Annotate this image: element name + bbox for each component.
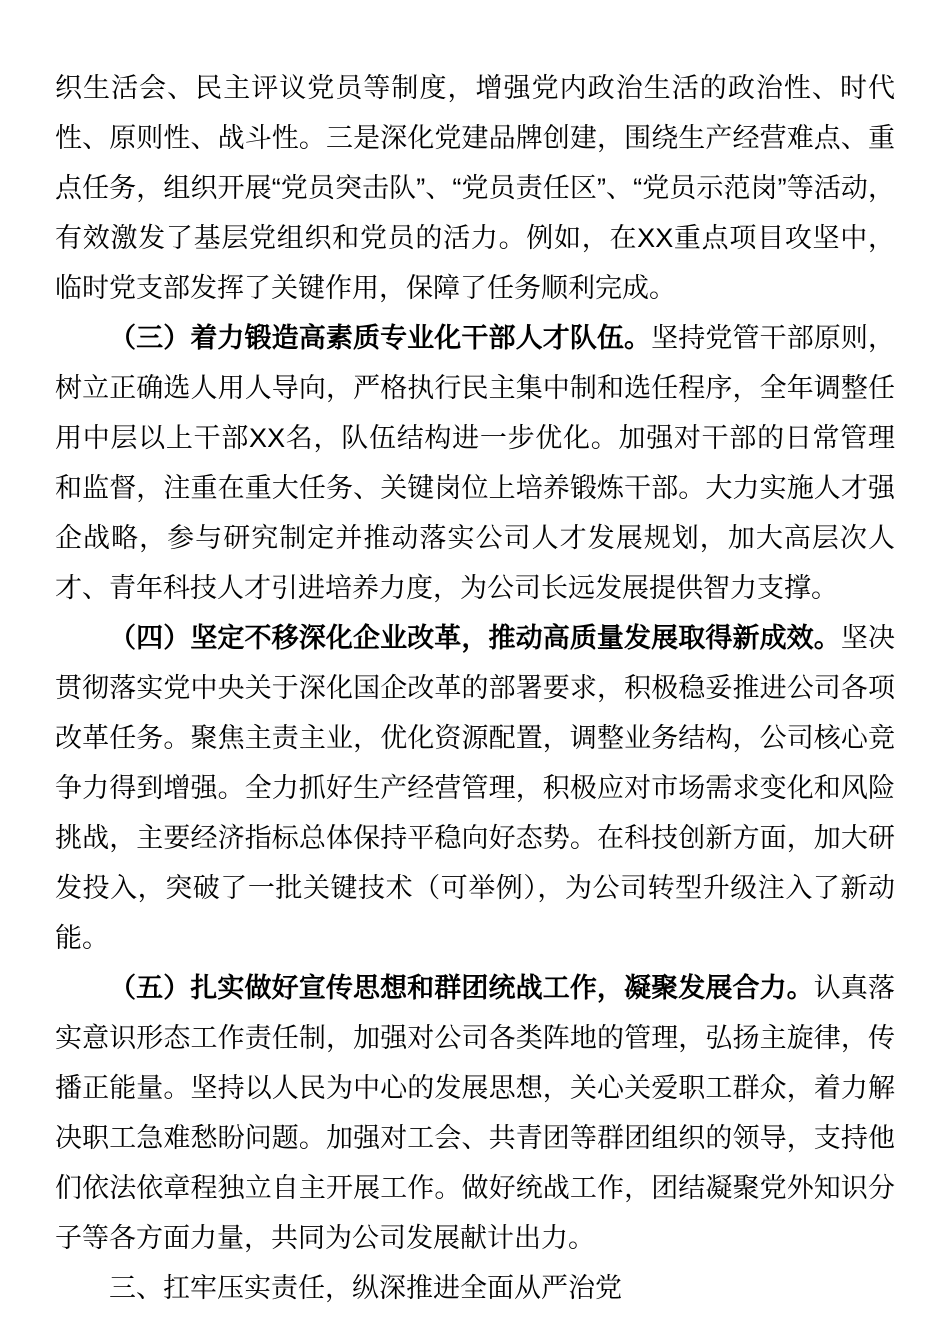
- paragraph-text: 织生活会、民主评议党员等制度，增强党内政治生活的政治性、时代性、原则性、战斗性。…: [55, 73, 895, 303]
- paragraph-continuation: 织生活会、民主评议党员等制度，增强党内政治生活的政治性、时代性、原则性、战斗性。…: [55, 63, 895, 313]
- section-5-text: 认真落实意识形态工作责任制，加强对公司各类阵地的管理，弘扬主旋律，传播正能量。坚…: [55, 973, 895, 1253]
- section-3-lead: （三）着力锻造高素质专业化干部人才队伍。: [109, 323, 651, 353]
- section-5-lead: （五）扎实做好宣传思想和群团统战工作，凝聚发展合力。: [109, 973, 814, 1003]
- chapter-3-heading-text: 三、扛牢压实责任，纵深推进全面从严治党: [109, 1273, 622, 1303]
- paragraph-section-4: （四）坚定不移深化企业改革，推动高质量发展取得新成效。坚决贯彻落实党中央关于深化…: [55, 613, 895, 963]
- paragraph-section-3: （三）着力锻造高素质专业化干部人才队伍。坚持党管干部原则，树立正确选人用人导向，…: [55, 313, 895, 613]
- section-4-lead: （四）坚定不移深化企业改革，推动高质量发展取得新成效。: [109, 623, 841, 653]
- chapter-3-heading: 三、扛牢压实责任，纵深推进全面从严治党: [55, 1263, 895, 1313]
- section-4-text: 坚决贯彻落实党中央关于深化国企改革的部署要求，积极稳妥推进公司各项改革任务。聚焦…: [55, 623, 895, 953]
- paragraph-section-5: （五）扎实做好宣传思想和群团统战工作，凝聚发展合力。认真落实意识形态工作责任制，…: [55, 963, 895, 1263]
- section-3-text: 坚持党管干部原则，树立正确选人用人导向，严格执行民主集中制和选任程序，全年调整任…: [55, 323, 895, 603]
- document-page: 织生活会、民主评议党员等制度，增强党内政治生活的政治性、时代性、原则性、战斗性。…: [0, 0, 950, 1344]
